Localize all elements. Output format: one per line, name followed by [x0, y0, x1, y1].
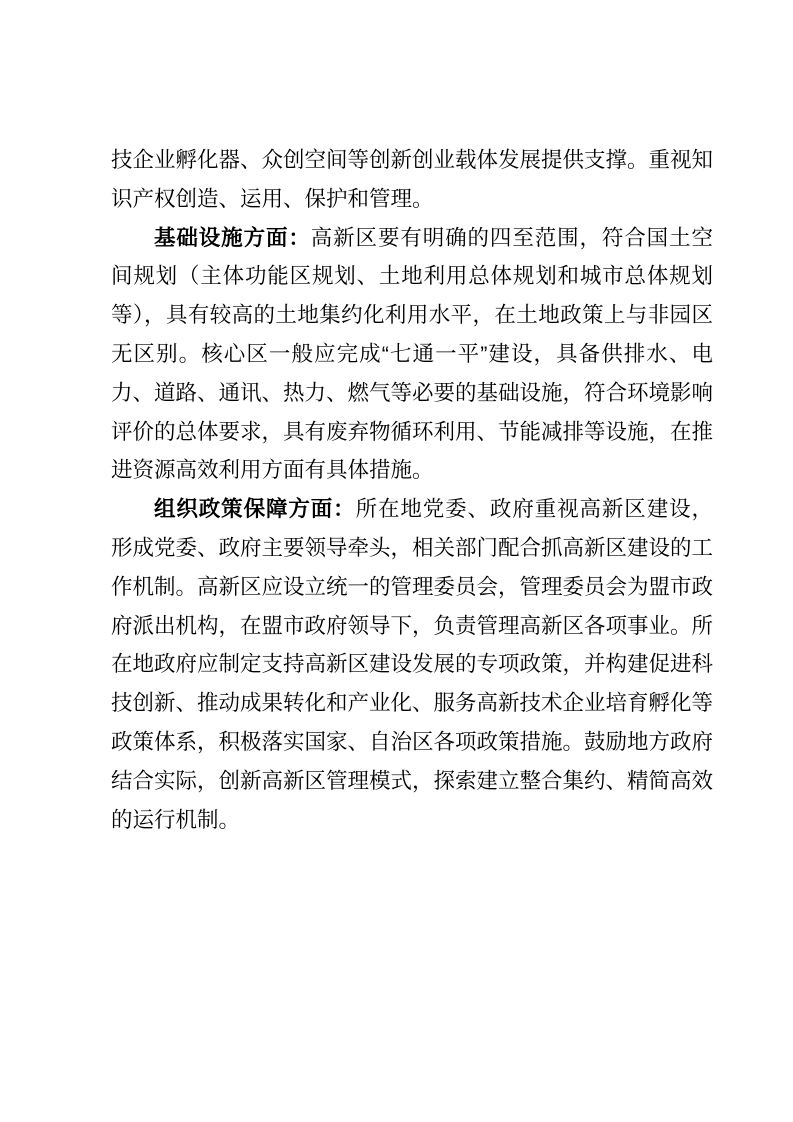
paragraph-text: 所在地党委、政府重视高新区建设，形成党委、政府主要领导牵头，相关部门配合抓高新区…: [111, 497, 713, 831]
paragraph-lead: 基础设施方面：: [154, 226, 311, 250]
paragraph-infrastructure: 基础设施方面：高新区要有明确的四至范围，符合国土空间规划（主体功能区规划、土地利…: [111, 219, 713, 491]
paragraph-continuation: 技企业孵化器、众创空间等创新创业载体发展提供支撑。重视知识产权创造、运用、保护和…: [111, 141, 713, 219]
document-page: 技企业孵化器、众创空间等创新创业载体发展提供支撑。重视知识产权创造、运用、保护和…: [0, 0, 793, 1122]
paragraph-text: 技企业孵化器、众创空间等创新创业载体发展提供支撑。重视知识产权创造、运用、保护和…: [111, 148, 713, 211]
document-body-text: 技企业孵化器、众创空间等创新创业载体发展提供支撑。重视知识产权创造、运用、保护和…: [111, 141, 713, 839]
paragraph-lead: 组织政策保障方面：: [154, 497, 356, 521]
paragraph-text: 高新区要有明确的四至范围，符合国土空间规划（主体功能区规划、土地利用总体规划和城…: [111, 226, 713, 483]
paragraph-policy-guarantee: 组织政策保障方面：所在地党委、政府重视高新区建设，形成党委、政府主要领导牵头，相…: [111, 490, 713, 839]
